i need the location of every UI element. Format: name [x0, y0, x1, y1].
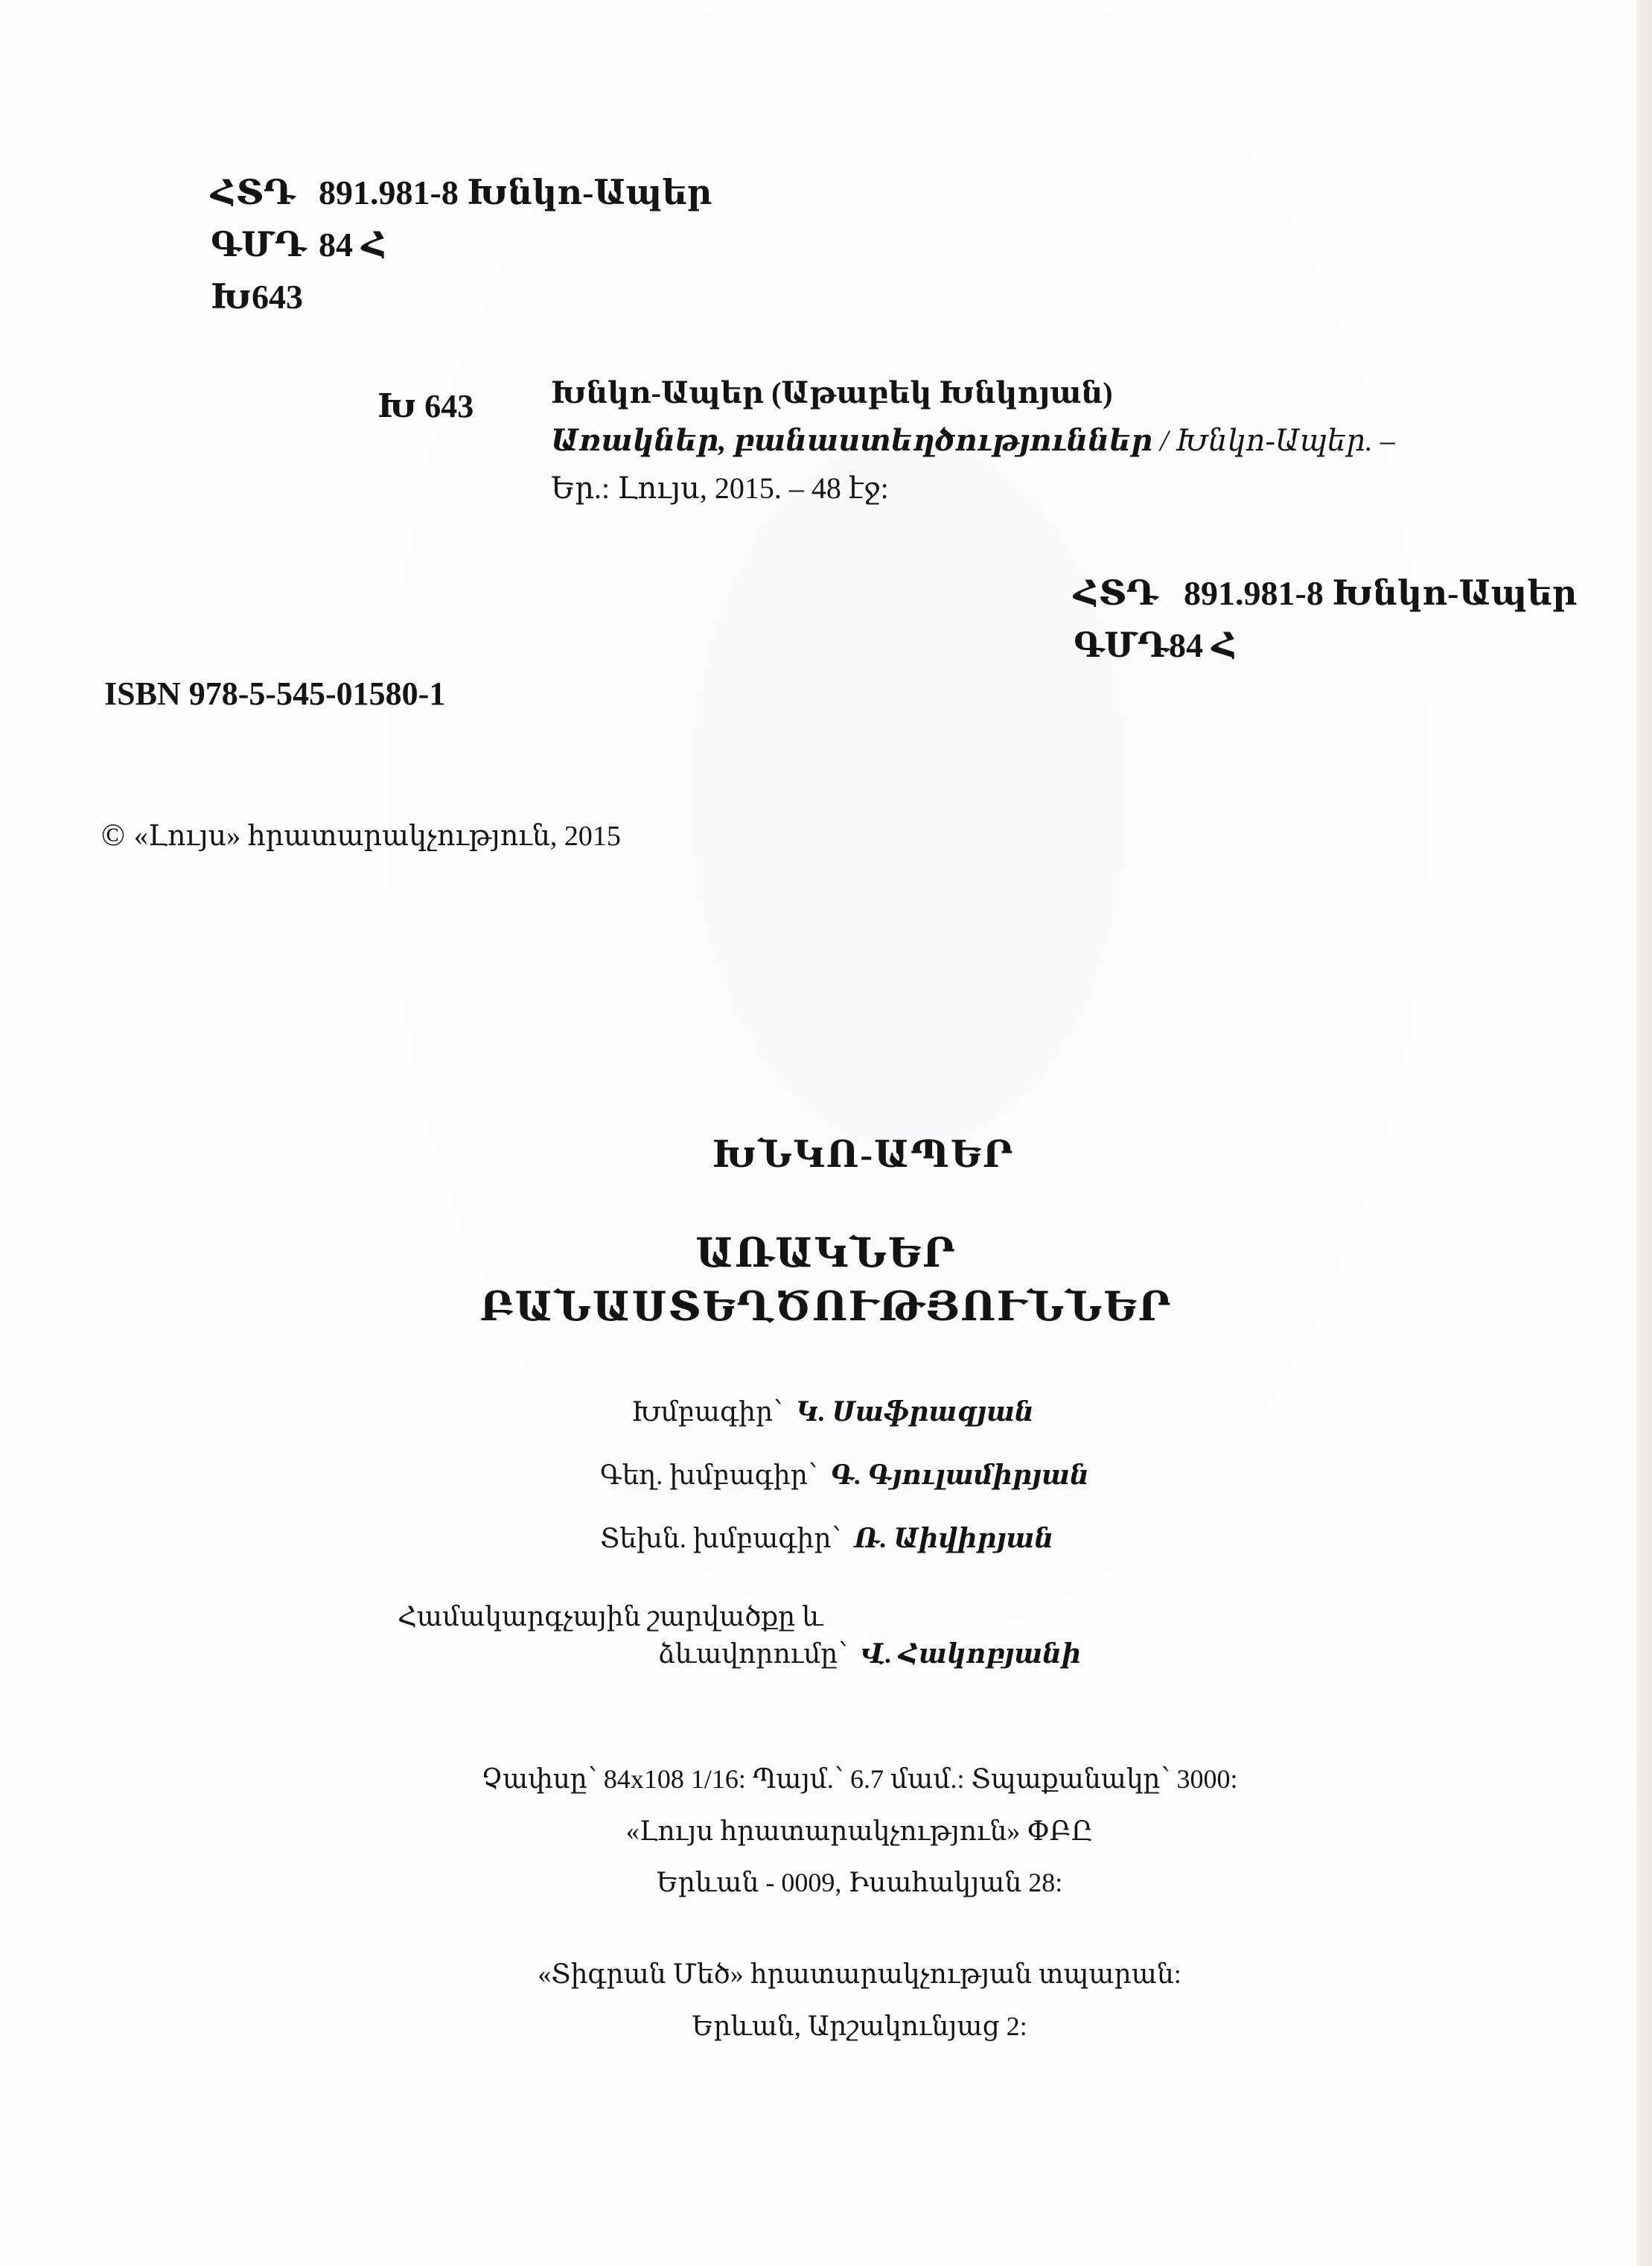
classification-row-bbk: ԳՄԴ84 Հ — [1074, 620, 1577, 672]
book-title-line-1: ԱՌԱԿՆԵՐ — [0, 1229, 1652, 1276]
imprint-publisher-address: Երևան - 0009, Իսահակյան 28: — [0, 1867, 1652, 1898]
catalog-responsibility: / Խնկո-Ապեր. – — [1152, 424, 1395, 457]
imprint-printer-address: Երևան, Արշակունյաց 2: — [0, 2011, 1652, 2042]
classification-block-top: ՀՏԴ891.981-8 Խնկո-Ապեր ԳՄԴ84 Հ Խ643 — [211, 167, 712, 323]
credit-editor: Խմբագիր՝Կ. Սաֆրազյան — [631, 1396, 1034, 1428]
credit-art-editor: Գեղ. խմբագիր՝Գ. Գյուլամիրյան — [600, 1460, 1089, 1491]
classification-row-author-mark: Խ643 — [211, 271, 712, 323]
imprint-printer: «Տիգրան Մեծ» հրատարակչության տպարան: — [0, 1958, 1652, 1990]
copyright-text: «Լույս» հրատարակչություն, 2015 — [134, 821, 621, 852]
credit-technical-editor: Տեխն. խմբագիր՝Ռ. Աիվիրյան — [600, 1523, 1053, 1554]
imprint-specs: Չափսը՝ 84x108 1/16: Պայմ.՝ 6.7 մամ.: Տպա… — [0, 1763, 1652, 1795]
credit-layout-design: ձևավորումը՝Վ. Հակոբյանի — [658, 1638, 1081, 1670]
catalog-author-mark: Խ 643 — [377, 387, 473, 425]
catalog-title-line: Առակներ, բանաստեղծություններ / Խնկո-Ապեր… — [551, 417, 1395, 465]
classification-block-right: ՀՏԴ891.981-8 Խնկո-Ապեր ԳՄԴ84 Հ — [1074, 567, 1577, 672]
classification-row-udc: ՀՏԴ891.981-8 Խնկո-Ապեր — [211, 167, 712, 219]
catalog-author-line: Խնկո-Ապեր (Աթաբեկ Խնկոյան) — [551, 369, 1395, 417]
catalog-title: Առակներ, բանաստեղծություններ — [551, 424, 1152, 457]
credit-layout-role-line1: Համակարգչային շարվածքը և — [398, 1601, 823, 1632]
book-title-line-2: ԲԱՆԱՍՏԵՂԾՈՒԹՅՈՒՆՆԵՐ — [0, 1282, 1652, 1330]
catalog-entry: Խնկո-Ապեր (Աթաբեկ Խնկոյան) Առակներ, բանա… — [551, 369, 1395, 512]
classification-row-bbk: ԳՄԴ84 Հ — [211, 219, 712, 271]
isbn: ISBN 978-5-545-01580-1 — [104, 675, 445, 713]
copyright-line: ©«Լույս» հրատարակչություն, 2015 — [101, 818, 621, 853]
copyright-icon: © — [101, 818, 125, 853]
catalog-publication-line: Եր.: Լույս, 2015. – 48 էջ: — [551, 465, 1395, 512]
book-author: ԽՆԿՈ-ԱՊԵՐ — [0, 1132, 1652, 1176]
classification-row-udc: ՀՏԴ891.981-8 Խնկո-Ապեր — [1074, 567, 1577, 620]
imprint-publisher: «Լույս հրատարակչություն» ՓԲԸ — [0, 1815, 1652, 1847]
